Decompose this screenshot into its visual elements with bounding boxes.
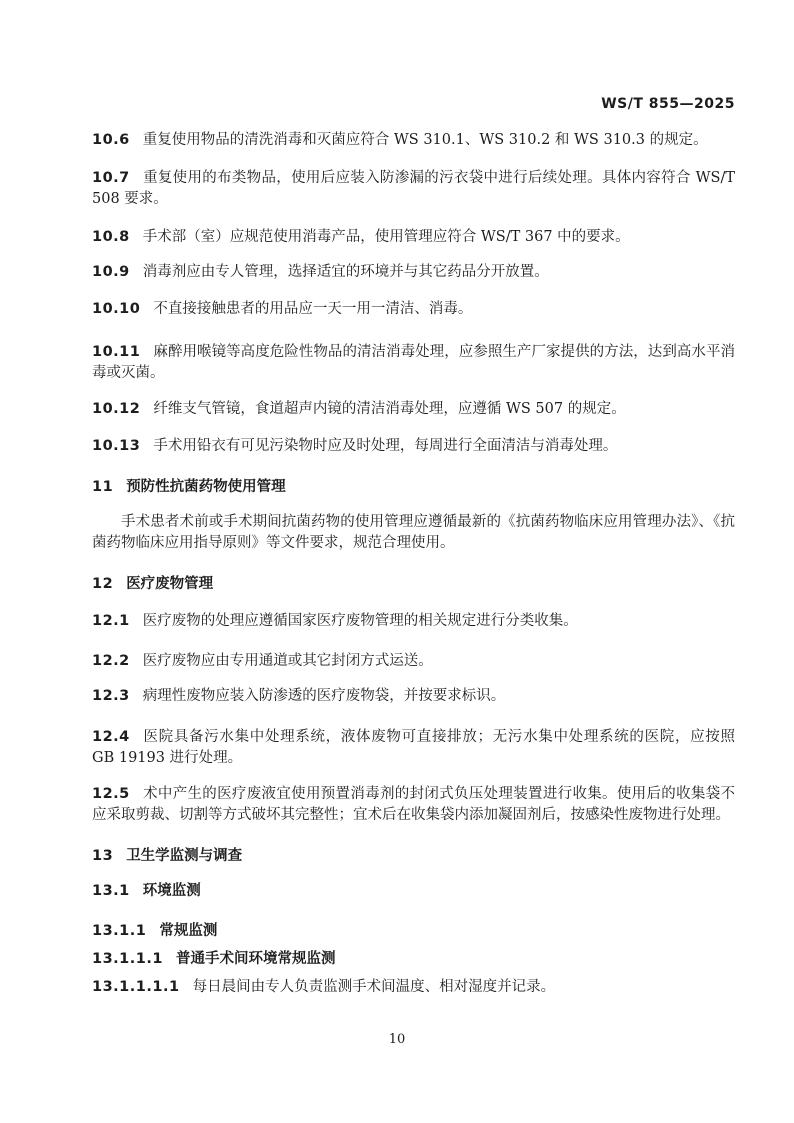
heading-text: 环境监测 — [143, 883, 201, 899]
page-content: WS/T 855—2025 10.6重复使用物品的清洗消毒和灭菌应符合 WS 3… — [92, 97, 735, 998]
clause-12-5: 12.5术中产生的医疗废液宜使用预置消毒剂的封闭式负压处理装置进行收集。使用后的… — [92, 784, 735, 826]
clause-text: 医疗废物的处理应遵循国家医疗废物管理的相关规定进行分类收集。 — [143, 613, 578, 629]
clause-text: 术中产生的医疗废液宜使用预置消毒剂的封闭式负压处理装置进行收集。使用后的收集袋不… — [92, 786, 735, 823]
heading-12: 12医疗废物管理 — [92, 574, 735, 595]
heading-number: 13.1 — [92, 883, 130, 899]
clause-text: 消毒剂应由专人管理，选择适宜的环境并与其它药品分开放置。 — [143, 264, 549, 280]
clause-text: 麻醉用喉镜等高度危险性物品的清洁消毒处理，应参照生产厂家提供的方法，达到高水平消… — [92, 344, 735, 381]
clause-number: 13.1.1.1.1 — [92, 979, 180, 995]
clause-text: 不直接接触患者的用品应一天一用一清洁、消毒。 — [153, 301, 472, 317]
clause-text: 重复使用的布类物品，使用后应装入防渗漏的污衣袋中进行后续处理。具体内容符合 WS… — [92, 170, 735, 207]
clause-text: 重复使用物品的清洗消毒和灭菌应符合 WS 310.1、WS 310.2 和 WS… — [143, 132, 708, 148]
clause-text: 医疗废物应由专用通道或其它封闭方式运送。 — [143, 653, 433, 669]
heading-text: 预防性抗菌药物使用管理 — [126, 479, 286, 495]
clause-number: 12.1 — [92, 613, 130, 629]
clause-text: 每日晨间由专人负责监测手术间温度、相对湿度并记录。 — [193, 979, 556, 995]
heading-text: 医疗废物管理 — [126, 576, 213, 592]
heading-13-1: 13.1环境监测 — [92, 881, 735, 902]
clause-10-12: 10.12纤维支气管镜，食道超声内镜的清洁消毒处理，应遵循 WS 507 的规定… — [92, 399, 735, 420]
heading-text: 常规监测 — [159, 923, 217, 939]
clause-text: 手术用铅衣有可见污染物时应及时处理，每周进行全面清洁与消毒处理。 — [153, 438, 617, 454]
clause-10-11: 10.11麻醉用喉镜等高度危险性物品的清洁消毒处理，应参照生产厂家提供的方法，达… — [92, 342, 735, 384]
clause-10-13: 10.13手术用铅衣有可见污染物时应及时处理，每周进行全面清洁与消毒处理。 — [92, 436, 735, 457]
clause-text: 医院具备污水集中处理系统，液体废物可直接排放；无污水集中处理系统的医院，应按照 … — [92, 729, 735, 766]
paragraph-text: 手术患者术前或手术期间抗菌药物的使用管理应遵循最新的《抗菌药物临床应用管理办法》… — [92, 514, 735, 551]
document-page: WS/T 855—2025 10.6重复使用物品的清洗消毒和灭菌应符合 WS 3… — [0, 0, 794, 1123]
heading-number: 13.1.1 — [92, 923, 146, 939]
paragraph-11-body: 手术患者术前或手术期间抗菌药物的使用管理应遵循最新的《抗菌药物临床应用管理办法》… — [92, 512, 735, 554]
clause-10-10: 10.10不直接接触患者的用品应一天一用一清洁、消毒。 — [92, 299, 735, 320]
clause-number: 10.9 — [92, 264, 130, 280]
heading-13-1-1-1: 13.1.1.1普通手术间环境常规监测 — [92, 949, 735, 970]
heading-text: 卫生学监测与调查 — [126, 848, 242, 864]
clause-10-8: 10.8手术部（室）应规范使用消毒产品，使用管理应符合 WS/T 367 中的要… — [92, 227, 735, 248]
clause-10-7: 10.7重复使用的布类物品，使用后应装入防渗漏的污衣袋中进行后续处理。具体内容符… — [92, 168, 735, 210]
clause-text: 手术部（室）应规范使用消毒产品，使用管理应符合 WS/T 367 中的要求。 — [143, 229, 630, 245]
heading-text: 普通手术间环境常规监测 — [176, 951, 336, 967]
clause-number: 12.5 — [92, 786, 130, 802]
clause-text: 病理性废物应装入防渗透的医疗废物袋，并按要求标识。 — [143, 688, 506, 704]
clause-number: 12.3 — [92, 688, 130, 704]
clause-number: 12.4 — [92, 729, 130, 745]
standard-number-header: WS/T 855—2025 — [92, 97, 735, 112]
clause-number: 10.7 — [92, 170, 130, 186]
clause-number: 10.8 — [92, 229, 130, 245]
heading-number: 11 — [92, 479, 113, 495]
clause-10-6: 10.6重复使用物品的清洗消毒和灭菌应符合 WS 310.1、WS 310.2 … — [92, 130, 735, 151]
heading-11: 11预防性抗菌药物使用管理 — [92, 477, 735, 498]
clause-13-1-1-1-1: 13.1.1.1.1每日晨间由专人负责监测手术间温度、相对湿度并记录。 — [92, 977, 735, 998]
heading-number: 13 — [92, 848, 113, 864]
clause-number: 10.10 — [92, 301, 140, 317]
clause-number: 10.12 — [92, 401, 140, 417]
clause-12-1: 12.1医疗废物的处理应遵循国家医疗废物管理的相关规定进行分类收集。 — [92, 611, 735, 632]
clause-text: 纤维支气管镜，食道超声内镜的清洁消毒处理，应遵循 WS 507 的规定。 — [153, 401, 625, 417]
heading-number: 12 — [92, 576, 113, 592]
clause-number: 10.11 — [92, 344, 140, 360]
clause-12-3: 12.3病理性废物应装入防渗透的医疗废物袋，并按要求标识。 — [92, 686, 735, 707]
clause-12-2: 12.2医疗废物应由专用通道或其它封闭方式运送。 — [92, 651, 735, 672]
heading-number: 13.1.1.1 — [92, 951, 163, 967]
page-number: 10 — [0, 1032, 794, 1048]
clause-10-9: 10.9消毒剂应由专人管理，选择适宜的环境并与其它药品分开放置。 — [92, 262, 735, 283]
heading-13: 13卫生学监测与调查 — [92, 846, 735, 867]
clause-number: 10.6 — [92, 132, 130, 148]
clause-number: 12.2 — [92, 653, 130, 669]
heading-13-1-1: 13.1.1常规监测 — [92, 921, 735, 942]
clause-12-4: 12.4医院具备污水集中处理系统，液体废物可直接排放；无污水集中处理系统的医院，… — [92, 727, 735, 769]
clause-number: 10.13 — [92, 438, 140, 454]
